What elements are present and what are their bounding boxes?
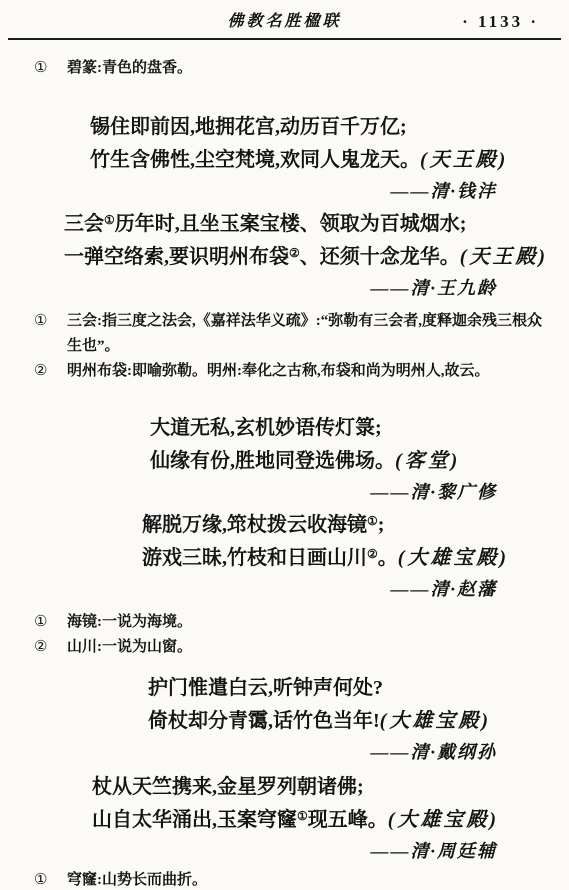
footnote: ① 碧篆:青色的盘香。 bbox=[0, 56, 569, 81]
couplet-block: 杖从天竺携来,金星罗列朝诸佛; 山自太华涌出,玉案穹窿①现五峰。(大雄宝殿) —… bbox=[0, 771, 569, 866]
couplet-line: 山自太华涌出,玉案穹窿①现五峰。(大雄宝殿) bbox=[0, 804, 569, 837]
footnote-marker: ① bbox=[34, 309, 54, 359]
footnote-marker: ① bbox=[34, 56, 54, 81]
header-rule bbox=[8, 38, 561, 40]
footnote-group: ① 海镜:一说为海境。 ② 山川:一说为山窗。 bbox=[0, 610, 569, 660]
footnote: ① 海镜:一说为海境。 bbox=[0, 610, 569, 635]
couplet-line: 杖从天竺携来,金星罗列朝诸佛; bbox=[0, 771, 569, 804]
couplet-line: 三会①历年时,且坐玉案宝楼、领取为百城烟水; bbox=[0, 208, 569, 241]
footnote-ref: ① bbox=[367, 514, 378, 528]
venue-label: (大雄宝殿) bbox=[398, 547, 509, 569]
couplet-line: 倚杖却分青霭,话竹色当年!(大雄宝殿) bbox=[0, 705, 569, 738]
couplet-line: 锡住即前因,地拥花宫,动历百千万亿; bbox=[0, 111, 569, 144]
couplet-line: 仙缘有份,胜地同登选佛场。(客堂) bbox=[0, 445, 569, 478]
attribution: ——清·黎广修 bbox=[0, 478, 569, 507]
footnote-marker: ① bbox=[34, 868, 54, 890]
couplet-block: 三会①历年时,且坐玉案宝楼、领取为百城烟水; 一弹空络索,要识明州布袋②、还须十… bbox=[0, 208, 569, 303]
footnote: ② 山川:一说为山窗。 bbox=[0, 635, 569, 660]
couplet-block: 解脱万缘,筇杖拨云收海镜①; 游戏三昧,竹枝和日画山川②。(大雄宝殿) ——清·… bbox=[0, 509, 569, 604]
couplet-block: 锡住即前因,地拥花宫,动历百千万亿; 竹生含佛性,尘空梵境,欢同人鬼龙天。(天王… bbox=[0, 111, 569, 206]
couplet-block: 大道无私,玄机妙语传灯箓; 仙缘有份,胜地同登选佛场。(客堂) ——清·黎广修 bbox=[0, 412, 569, 507]
footnote-ref: ② bbox=[367, 547, 378, 561]
couplet-block: 护门惟遣白云,听钟声何处? 倚杖却分青霭,话竹色当年!(大雄宝殿) ——清·戴纲… bbox=[0, 672, 569, 767]
page-header: 佛教名胜楹联 · 1133 · bbox=[8, 10, 561, 34]
footnote-text: 海镜:一说为海境。 bbox=[67, 610, 545, 635]
footnote-marker: ② bbox=[34, 359, 54, 384]
venue-label: (天王殿) bbox=[420, 149, 508, 171]
footnote-text: 山川:一说为山窗。 bbox=[67, 635, 545, 660]
attribution: ——清·王九龄 bbox=[0, 274, 569, 303]
footnote-ref: ② bbox=[289, 246, 300, 260]
footnote: ② 明州布袋:即喻弥勒。明州:奉化之古称,布袋和尚为明州人,故云。 bbox=[0, 359, 569, 384]
venue-label: (大雄宝殿) bbox=[388, 809, 499, 831]
book-page: 佛教名胜楹联 · 1133 · ① 碧篆:青色的盘香。 锡住即前因,地拥花宫,动… bbox=[0, 0, 569, 890]
footnote-text: 明州布袋:即喻弥勒。明州:奉化之古称,布袋和尚为明州人,故云。 bbox=[67, 359, 545, 384]
couplet-line: 一弹空络索,要识明州布袋②、还须十念龙华。(天王殿) bbox=[0, 241, 569, 274]
footnote: ① 三会:指三度之法会,《嘉祥法华义疏》:“弥勒有三会者,度释迦余残三根众生也”… bbox=[0, 309, 569, 359]
attribution: ——清·周廷辅 bbox=[0, 837, 569, 866]
couplet-line: 游戏三昧,竹枝和日画山川②。(大雄宝殿) bbox=[0, 542, 569, 575]
attribution: ——清·钱沣 bbox=[0, 177, 569, 206]
couplet-line: 护门惟遣白云,听钟声何处? bbox=[0, 672, 569, 705]
footnote: ① 穹窿:山势长而曲折。 bbox=[0, 868, 569, 890]
couplet-line: 竹生含佛性,尘空梵境,欢同人鬼龙天。(天王殿) bbox=[0, 144, 569, 177]
venue-label: (客堂) bbox=[395, 450, 460, 472]
venue-label: (天王殿) bbox=[460, 246, 548, 268]
footnote-ref: ① bbox=[104, 213, 115, 227]
footnote-text: 穹窿:山势长而曲折。 bbox=[67, 868, 545, 890]
venue-label: (大雄宝殿) bbox=[380, 710, 491, 732]
footnote-marker: ① bbox=[34, 610, 54, 635]
footnote-marker: ② bbox=[34, 635, 54, 660]
couplet-line: 大道无私,玄机妙语传灯箓; bbox=[0, 412, 569, 445]
attribution: ——清·戴纲孙 bbox=[0, 738, 569, 767]
footnote-text: 碧篆:青色的盘香。 bbox=[67, 56, 545, 81]
footnote-ref: ① bbox=[297, 809, 308, 823]
footnote-group: ① 三会:指三度之法会,《嘉祥法华义疏》:“弥勒有三会者,度释迦余残三根众生也”… bbox=[0, 309, 569, 384]
footnote-text: 三会:指三度之法会,《嘉祥法华义疏》:“弥勒有三会者,度释迦余残三根众生也”。 bbox=[67, 309, 545, 359]
page-number: · 1133 · bbox=[462, 10, 539, 34]
attribution: ——清·赵藩 bbox=[0, 575, 569, 604]
couplet-line: 解脱万缘,筇杖拨云收海镜①; bbox=[0, 509, 569, 542]
